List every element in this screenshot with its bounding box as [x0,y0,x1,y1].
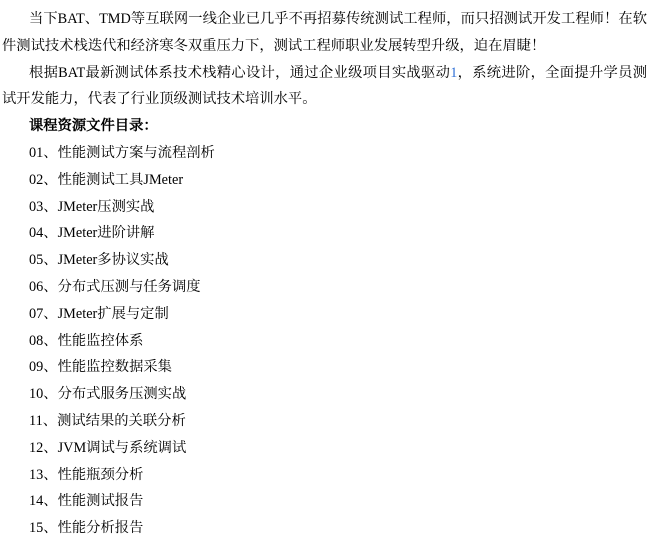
catalog-item: 01、性能测试方案与流程剖析 [2,140,647,167]
catalog-item: 03、JMeter压测实战 [2,194,647,221]
catalog-item: 09、性能监控数据采集 [2,354,647,381]
item-title: 测试结果的关联分析 [57,413,186,429]
item-number: 01、 [29,145,58,161]
document-page: 当下BAT、TMD等互联网一线企业已几乎不再招募传统测试工程师，而只招测试开发工… [0,0,650,536]
item-number: 07、 [29,306,58,322]
item-title: 性能监控体系 [58,333,144,349]
item-title: JMeter压测实战 [58,199,155,215]
catalog-item: 14、性能测试报告 [2,488,647,515]
item-number: 15、 [29,520,58,536]
item-number: 03、 [29,199,58,215]
catalog-item: 06、分布式压测与任务调度 [2,274,647,301]
item-number: 04、 [29,225,58,241]
catalog-heading: 课程资源文件目录： [2,113,647,140]
item-number: 09、 [29,359,58,375]
catalog-item: 04、JMeter进阶讲解 [2,220,647,247]
item-title: 分布式压测与任务调度 [58,279,201,295]
item-title: JMeter扩展与定制 [58,306,169,322]
item-title: 分布式服务压测实战 [58,386,187,402]
catalog-item: 13、性能瓶颈分析 [2,462,647,489]
item-title: 性能分析报告 [58,520,144,536]
item-number: 11、 [29,413,57,429]
item-title: 性能测试方案与流程剖析 [58,145,215,161]
item-number: 08、 [29,333,58,349]
catalog-list: 01、性能测试方案与流程剖析 02、性能测试工具JMeter 03、JMeter… [2,140,647,536]
catalog-item: 07、JMeter扩展与定制 [2,301,647,328]
item-title: 性能监控数据采集 [58,359,172,375]
catalog-item: 10、分布式服务压测实战 [2,381,647,408]
item-number: 12、 [29,440,58,456]
intro-paragraph-1-text: 当下BAT、TMD等互联网一线企业已几乎不再招募传统测试工程师，而只招测试开发工… [2,11,647,54]
intro-paragraph-2: 根据BAT最新测试体系技术栈精心设计，通过企业级项目实战驱动1，系统进阶，全面提… [2,60,647,114]
item-number: 02、 [29,172,58,188]
item-number: 10、 [29,386,58,402]
item-title: JMeter进阶讲解 [58,225,155,241]
catalog-item: 05、JMeter多协议实战 [2,247,647,274]
catalog-item: 02、性能测试工具JMeter [2,167,647,194]
item-number: 05、 [29,252,58,268]
item-title: 性能测试报告 [58,493,144,509]
intro-paragraph-2-text-before: 根据BAT最新测试体系技术栈精心设计，通过企业级项目实战驱动 [29,65,450,81]
catalog-item: 11、测试结果的关联分析 [2,408,647,435]
intro-paragraph-1: 当下BAT、TMD等互联网一线企业已几乎不再招募传统测试工程师，而只招测试开发工… [2,6,647,60]
catalog-item: 12、JVM调试与系统调试 [2,435,647,462]
item-title: 性能瓶颈分析 [58,467,144,483]
item-title: JMeter多协议实战 [58,252,169,268]
item-title: JVM调试与系统调试 [58,440,187,456]
catalog-item: 08、性能监控体系 [2,328,647,355]
item-number: 13、 [29,467,58,483]
item-number: 14、 [29,493,58,509]
item-title: 性能测试工具JMeter [58,172,183,188]
catalog-item: 15、性能分析报告 [2,515,647,536]
item-number: 06、 [29,279,58,295]
